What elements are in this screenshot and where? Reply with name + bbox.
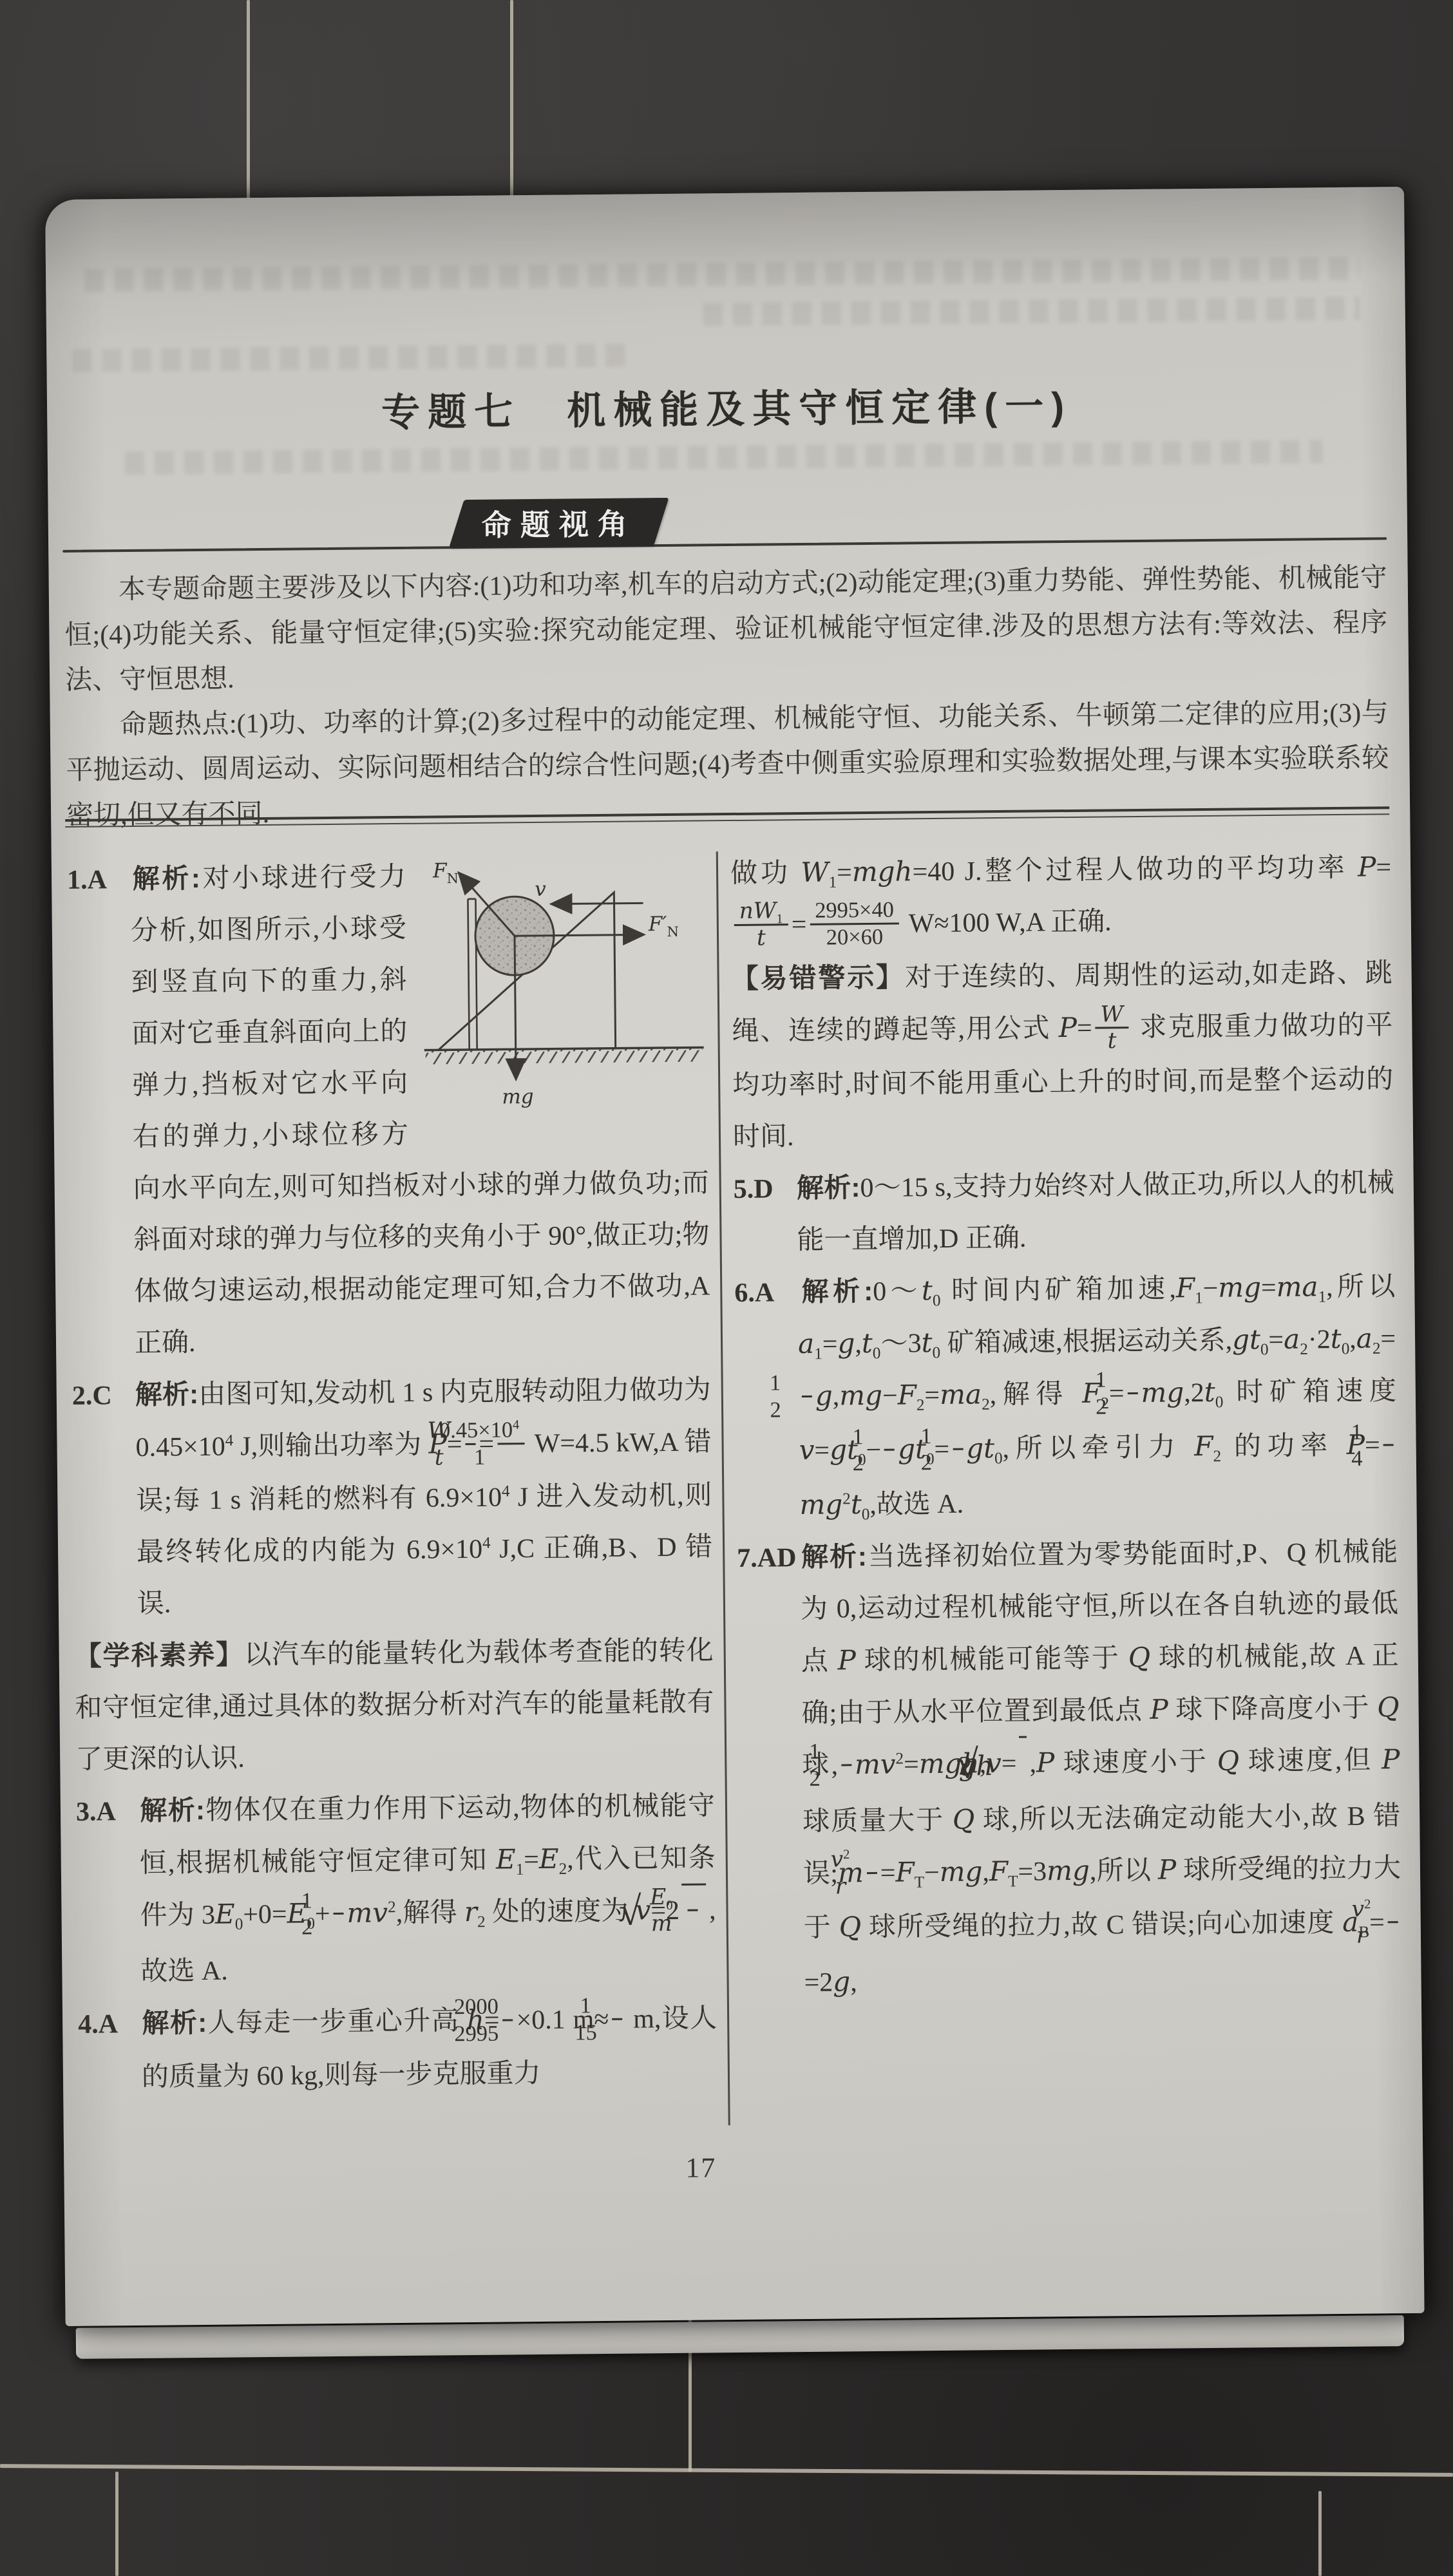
math-variable: P	[1158, 1854, 1177, 1886]
math-variable: Q	[953, 1804, 975, 1835]
fraction: v2r	[1387, 1897, 1398, 1948]
superscript: 2	[1364, 1897, 1371, 1911]
subscript: 1	[516, 1861, 524, 1879]
math-variable: mg	[799, 1488, 842, 1520]
math-variable: mg	[839, 1379, 882, 1412]
question1-figure: FN v F′N mg	[415, 851, 708, 1113]
label-mg: mg	[502, 1085, 534, 1108]
solution-item: 6.A解析:0～t0 时间内矿箱加速,F1−mg=ma1,所以 a1=g,t0～…	[734, 1260, 1398, 1532]
math-variable: E	[650, 1884, 667, 1910]
fraction: E0m	[688, 1884, 699, 1936]
math-variable: P	[1058, 1012, 1077, 1043]
label-FN: FN	[432, 859, 459, 886]
subscript: 1	[829, 874, 837, 891]
math-variable: m	[651, 1911, 672, 1937]
math-variable: ma	[940, 1378, 982, 1410]
math-variable: t	[1330, 1323, 1341, 1354]
solution-item: 4.A解析:人每走一步重心升高 h=20002995×0.1 m≈115 m,设…	[78, 1992, 718, 2104]
math-variable: g	[837, 1327, 855, 1359]
subscript: 2	[1372, 1340, 1381, 1358]
label-v: v	[535, 878, 546, 901]
math-variable: Q	[1128, 1642, 1150, 1673]
math-variable: gh	[1021, 1740, 1022, 1792]
note-label: 【易错警示】	[731, 962, 905, 994]
subscript: 2	[559, 1861, 567, 1878]
math-variable: t	[435, 1444, 444, 1470]
subscript: 0	[994, 1450, 1003, 1468]
question-number-answer: 2.C	[71, 1370, 135, 1422]
math-variable: t	[1204, 1376, 1215, 1408]
math-variable: mg	[1141, 1376, 1184, 1408]
superscript: 2	[842, 1490, 851, 1508]
solution-columns: FN v F′N mg 1.A解析:对小球进行受力分析,如图所示,小球受到竖直向…	[67, 841, 1403, 2155]
math-variable: ma	[1276, 1271, 1318, 1303]
fraction: 12	[841, 1739, 852, 1790]
section-rule	[62, 537, 1387, 553]
superscript: 2	[895, 1750, 904, 1767]
fraction: 12	[953, 1423, 964, 1475]
math-variable: P	[1036, 1747, 1055, 1778]
analysis-label: 解析:	[800, 1541, 867, 1572]
analysis-label: 解析:	[797, 1276, 873, 1307]
subscript: 0	[235, 1916, 243, 1933]
subscript: T	[1008, 1873, 1018, 1890]
tile-grout-line	[115, 2472, 119, 2576]
subscript: 0	[933, 1292, 941, 1309]
analysis-label: 解析:	[797, 1172, 860, 1203]
math-variable: F	[989, 1855, 1009, 1887]
subscript: 1	[1195, 1289, 1203, 1307]
math-variable: mg	[1047, 1855, 1090, 1887]
math-variable: v	[1351, 1896, 1364, 1922]
math-variable: E	[215, 1899, 235, 1930]
velocity-arrow	[553, 903, 643, 904]
question-number-answer: 6.A	[734, 1267, 798, 1319]
math-variable: g	[833, 1965, 850, 1997]
fraction: 115	[612, 1993, 623, 2045]
label-FN-prime: F′N	[648, 913, 679, 940]
solution-item: 3.A解析:物体仅在重力作用下运动,物体的机械能守恒,根据机械能守恒定律可知 E…	[76, 1780, 717, 1998]
superscript: 4	[513, 1418, 520, 1432]
subscript: T	[915, 1874, 925, 1891]
solution-item: 2.C解析:由图可知,发动机 1 s 内克服转动阻力做功为 0.45×104 J…	[71, 1363, 713, 1631]
fraction: 12	[1127, 1367, 1138, 1419]
math-variable: W	[801, 857, 829, 888]
question-number-answer: 1.A	[67, 854, 131, 906]
math-variable: a	[798, 1328, 815, 1359]
fraction: 0.45×1041	[497, 1417, 525, 1470]
math-variable: Q	[1377, 1691, 1400, 1723]
math-variable: mv	[347, 1897, 388, 1929]
fraction: 12	[801, 1370, 812, 1422]
section-banner: 命题视角	[449, 498, 669, 547]
math-variable: gt	[966, 1432, 994, 1464]
fraction: Wt	[1095, 1002, 1128, 1054]
math-variable: nW	[739, 898, 776, 925]
math-variable: Q	[839, 1911, 861, 1943]
math-variable: v	[799, 1434, 814, 1466]
page-content: 专题七 机械能及其守恒定律(一) 命题视角 本专题命题主要涉及以下内容:(1)功…	[45, 187, 1425, 2326]
subscript: 2	[1300, 1341, 1308, 1358]
subscript: 2	[1213, 1448, 1221, 1465]
math-variable: g	[815, 1379, 833, 1411]
fraction: 14	[1383, 1419, 1394, 1471]
note-block: 【学科素养】以汽车的能量转化为载体考查能的转化和守恒定律,通过具体的数据分析对汽…	[74, 1625, 714, 1786]
subscript: 2	[477, 1914, 486, 1931]
math-variable: F	[1176, 1272, 1195, 1303]
book-page: 专题七 机械能及其守恒定律(一) 命题视角 本专题命题主要涉及以下内容:(1)功…	[45, 187, 1427, 2389]
math-variable: mv	[855, 1748, 896, 1780]
superscript: 4	[482, 1535, 491, 1552]
math-variable: t	[862, 1327, 873, 1359]
column-divider	[716, 851, 730, 2125]
section-banner-label: 命题视角	[482, 500, 637, 544]
superscript: 4	[502, 1483, 510, 1501]
math-variable: mg	[939, 1855, 982, 1888]
tile-grout-line	[1318, 2491, 1322, 2576]
fraction: 20002995	[502, 1994, 513, 2045]
note-block: 【易错警示】对于连续的、周期性的运动,如走路、跳绳、连续的蹲起等,用公式 P=W…	[731, 947, 1394, 1163]
subscript: 1	[1318, 1288, 1327, 1305]
solution-item: 5.D解析:0～15 s,支持力始终对人做正功,所以人的机械能一直增加,D 正确…	[733, 1157, 1394, 1267]
subscript: 0	[873, 1345, 881, 1362]
fraction: 12	[333, 1888, 344, 1940]
subscript: 2	[916, 1396, 925, 1414]
force-diagram-figure: FN v F′N mg	[415, 851, 708, 1113]
intro-block: 本专题命题主要涉及以下内容:(1)功和功率,机车的启动方式;(2)动能定理;(3…	[64, 555, 1389, 838]
math-variable: t	[1107, 1028, 1116, 1054]
math-variable: t	[921, 1327, 932, 1358]
analysis-label: 解析:	[141, 2007, 207, 2038]
left-column: FN v F′N mg 1.A解析:对小球进行受力分析,如图所示,小球受到竖直向…	[67, 848, 718, 2104]
math-variable: F	[897, 1379, 916, 1410]
photo-of-textbook-page: { "page": { "title": "专题七 机械能及其守恒定律(一)",…	[0, 0, 1453, 2576]
vertical-board	[468, 899, 477, 1050]
continuation-paragraph: 做功 W1=mgh=40 J.整个过程人做功的平均功率 P=nW1t=2995×…	[730, 841, 1392, 953]
fraction: nW1t	[734, 898, 788, 951]
question-number-answer: 5.D	[733, 1163, 797, 1215]
solution-item: FN v F′N mg 1.A解析:对小球进行受力分析,如图所示,小球受到竖直向…	[67, 848, 711, 1369]
math-variable: t	[757, 925, 766, 951]
question-number-answer: 4.A	[78, 1998, 142, 2050]
math-variable: P	[1382, 1743, 1400, 1775]
math-variable: t	[922, 1274, 933, 1306]
subscript: 0	[1342, 1340, 1350, 1358]
math-variable: r	[464, 1896, 478, 1927]
math-variable: Q	[1217, 1745, 1239, 1776]
fraction: v2r	[866, 1847, 877, 1899]
analysis-label: 解析:	[139, 1795, 205, 1826]
subscript: 2	[982, 1396, 990, 1413]
question-number-answer: 3.A	[76, 1786, 140, 1838]
math-variable: E	[496, 1844, 516, 1875]
math-variable: r	[1356, 1923, 1367, 1949]
math-variable: P	[1358, 851, 1376, 882]
math-variable: W	[1100, 1001, 1123, 1027]
math-variable: F	[895, 1856, 915, 1888]
analysis-label: 解析:	[135, 1379, 199, 1410]
math-variable: E	[539, 1843, 559, 1875]
analysis-label: 解析:	[130, 863, 200, 894]
superscript: 4	[225, 1432, 234, 1449]
math-variable: gt	[1232, 1323, 1260, 1355]
math-variable: mgh	[852, 855, 913, 887]
gravity-arrow	[515, 936, 516, 1077]
square-root: √E0m	[682, 1883, 707, 1938]
intro-paragraph-1: 本专题命题主要涉及以下内容:(1)功和功率,机车的启动方式;(2)动能定理;(3…	[64, 555, 1388, 703]
square-root: √2gh	[1019, 1736, 1027, 1792]
math-variable: a	[1284, 1323, 1300, 1354]
solution-item: 7.AD解析:当选择初始位置为零势能面时,P、Q 机械能为 0,运动过程机械能守…	[737, 1526, 1402, 2009]
subscript: 0	[862, 1506, 870, 1523]
subscript: 0	[932, 1344, 940, 1361]
superscript: 2	[843, 1848, 850, 1862]
math-variable: P	[837, 1644, 856, 1676]
question-number-answer: 7.AD	[737, 1532, 801, 1584]
math-variable: v	[830, 1847, 843, 1873]
fraction: 2995×4020×60	[810, 898, 899, 950]
page-title: 专题七 机械能及其守恒定律(一)	[47, 372, 1407, 440]
math-variable: t	[851, 1488, 862, 1520]
tile-grout-line	[247, 0, 250, 224]
paper-sheet: 专题七 机械能及其守恒定律(一) 命题视角 本专题命题主要涉及以下内容:(1)功…	[45, 187, 1425, 2326]
note-label: 【学科素养】	[74, 1640, 244, 1672]
subscript: 0	[1260, 1341, 1269, 1358]
math-variable: a	[1356, 1322, 1372, 1354]
right-column: 做功 W1=mgh=40 J.整个过程人做功的平均功率 P=nW1t=2995×…	[730, 841, 1402, 2009]
tile-grout-line	[510, 0, 513, 201]
subscript: 0	[1215, 1394, 1224, 1411]
fraction: 12	[884, 1424, 895, 1475]
math-variable: F	[1194, 1430, 1213, 1462]
math-variable: mg	[1218, 1271, 1261, 1303]
math-variable: r	[835, 1873, 846, 1899]
banner-row: 命题视角	[62, 488, 1387, 553]
board-force-arrow	[515, 934, 642, 936]
math-variable: P	[1150, 1693, 1168, 1725]
subscript: 1	[814, 1345, 822, 1363]
superscript: 2	[388, 1899, 396, 1917]
